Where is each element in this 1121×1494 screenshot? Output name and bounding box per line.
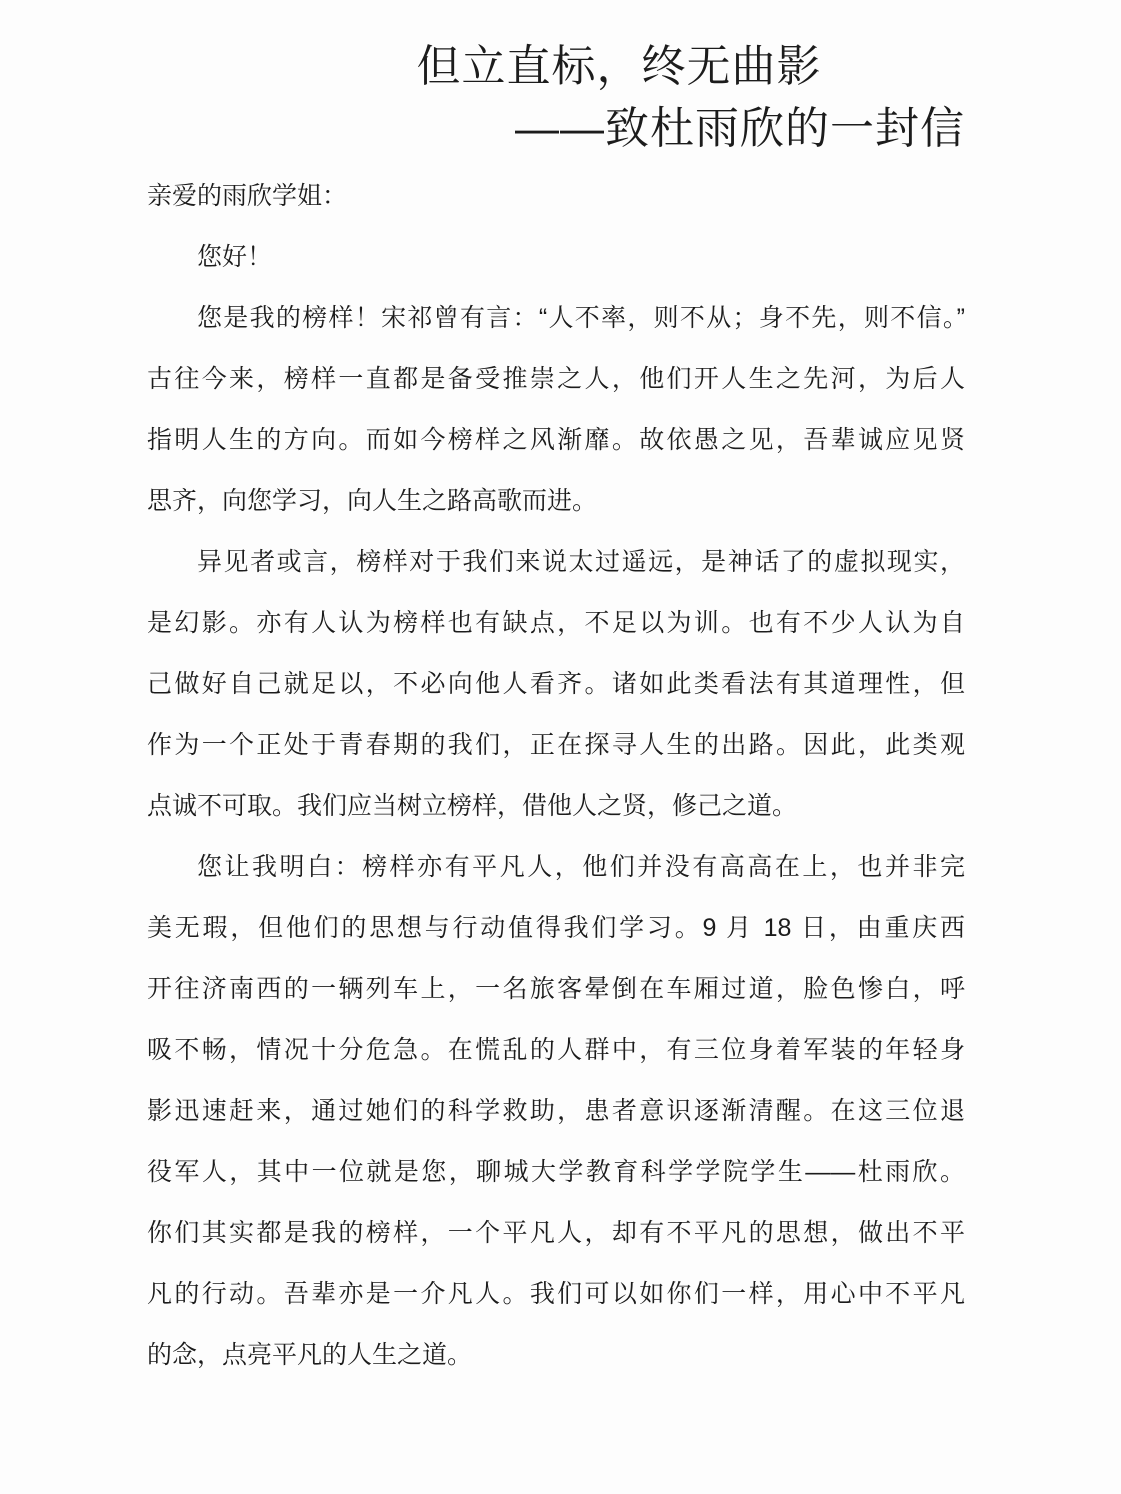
letter-title: 但立直标，终无曲影 — [147, 36, 965, 98]
document-page: 但立直标，终无曲影 ——致杜雨欣的一封信 亲爱的雨欣学姐：您好！您是我的榜样！宋… — [0, 0, 1121, 1494]
letter-line: 指明人生的方向。而如今榜样之风渐靡。故依愚之见，吾辈诚应见贤 — [147, 410, 965, 471]
letter-line: 您让我明白：榜样亦有平凡人，他们并没有高高在上，也并非完 — [147, 837, 965, 898]
letter-line: 开往济南西的一辆列车上，一名旅客晕倒在车厢过道，脸色惨白，呼 — [147, 959, 965, 1020]
letter-line: 凡的行动。吾辈亦是一介凡人。我们可以如你们一样，用心中不平凡 — [147, 1264, 965, 1325]
letter-line: 您好！ — [147, 227, 965, 288]
letter-line: 役军人，其中一位就是您，聊城大学教育科学学院学生——杜雨欣。 — [147, 1142, 965, 1203]
letter-line: 点诚不可取。我们应当树立榜样，借他人之贤，修己之道。 — [147, 776, 965, 837]
letter-line: 作为一个正处于青春期的我们，正在探寻人生的出路。因此，此类观 — [147, 715, 965, 776]
letter-line: 美无瑕，但他们的思想与行动值得我们学习。9 月 18 日，由重庆西 — [147, 898, 965, 959]
letter-line: 异见者或言，榜样对于我们来说太过遥远，是神话了的虚拟现实， — [147, 532, 965, 593]
letter-line: 思齐，向您学习，向人生之路高歌而进。 — [147, 471, 965, 532]
letter-body: 亲爱的雨欣学姐：您好！您是我的榜样！宋祁曾有言：“人不率，则不从；身不先，则不信… — [147, 166, 965, 1386]
letter-line: 亲爱的雨欣学姐： — [147, 166, 965, 227]
letter-line: 您是我的榜样！宋祁曾有言：“人不率，则不从；身不先，则不信。” — [147, 288, 965, 349]
letter-title-block: 但立直标，终无曲影 ——致杜雨欣的一封信 — [147, 36, 965, 160]
letter-line: 己做好自己就足以，不必向他人看齐。诸如此类看法有其道理性，但 — [147, 654, 965, 715]
letter-line: 是幻影。亦有人认为榜样也有缺点，不足以为训。也有不少人认为自 — [147, 593, 965, 654]
letter-line: 你们其实都是我的榜样，一个平凡人，却有不平凡的思想，做出不平 — [147, 1203, 965, 1264]
letter-subtitle: ——致杜雨欣的一封信 — [147, 98, 965, 160]
letter-line: 的念，点亮平凡的人生之道。 — [147, 1325, 965, 1386]
letter-line: 吸不畅，情况十分危急。在慌乱的人群中，有三位身着军装的年轻身 — [147, 1020, 965, 1081]
letter-line: 影迅速赶来，通过她们的科学救助，患者意识逐渐清醒。在这三位退 — [147, 1081, 965, 1142]
letter-line: 古往今来，榜样一直都是备受推崇之人，他们开人生之先河，为后人 — [147, 349, 965, 410]
